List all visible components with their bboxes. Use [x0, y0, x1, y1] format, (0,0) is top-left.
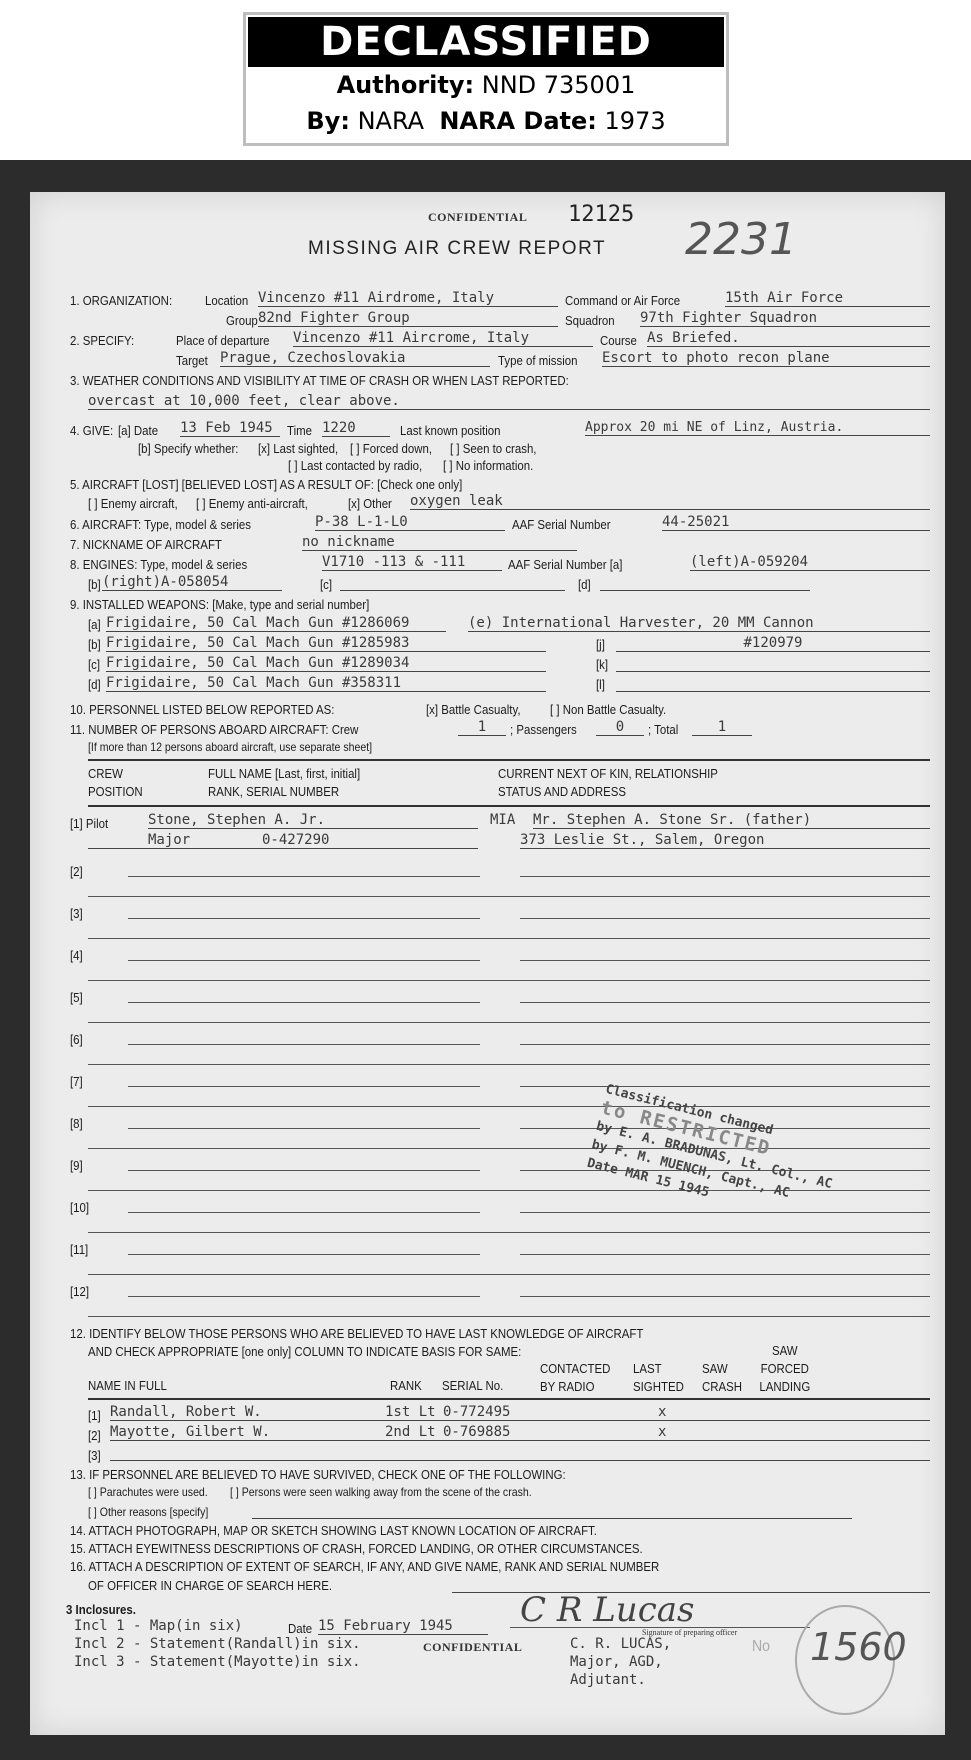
section-6-label: 6. AIRCRAFT: Type, model & series — [70, 517, 251, 532]
divider — [88, 759, 930, 761]
crew-kin-field[interactable]: Mr. Stephen A. Stone Sr. (father) — [533, 812, 930, 829]
date-label: Date — [288, 1621, 312, 1636]
section-2-label: 2. SPECIFY: — [70, 333, 134, 348]
witness-name-field[interactable]: Randall, Robert W. — [110, 1404, 930, 1421]
col-serial: SERIAL No. — [442, 1378, 503, 1393]
crew-row: [4] — [70, 940, 930, 982]
weapon-d-field[interactable]: Frigidaire, 50 Cal Mach Gun #358311 — [106, 675, 546, 692]
handwritten-number: 2231 — [685, 214, 797, 265]
target-label: Target — [176, 353, 208, 368]
specify-label: [b] Specify whether: — [138, 441, 238, 456]
weapon-c-field[interactable]: Frigidaire, 50 Cal Mach Gun #1289034 — [106, 655, 546, 672]
position-field[interactable]: Approx 20 mi NE of Linz, Austria. — [585, 420, 930, 436]
col-saw-crash: SAW CRASH — [702, 1360, 746, 1396]
mission-label: Type of mission — [498, 353, 577, 368]
passengers-count-field[interactable]: 0 — [596, 719, 644, 736]
engine-serial-d-field[interactable] — [600, 590, 810, 591]
engine-serial-b-field[interactable]: (right)A-058054 — [102, 574, 282, 591]
col-saw-forced-landing: SAW FORCED LANDING — [754, 1342, 816, 1396]
section-10-label: 10. PERSONNEL LISTED BELOW REPORTED AS: — [70, 702, 334, 717]
engine-serial-label: AAF Serial Number [a] — [508, 557, 622, 572]
section-14-label: 14. ATTACH PHOTOGRAPH, MAP OR SKETCH SHO… — [70, 1523, 597, 1538]
other-cause-checkbox[interactable]: [x] Other — [348, 496, 392, 511]
report-number: 12125 — [568, 202, 634, 227]
crew-count-field[interactable]: 1 — [458, 719, 506, 736]
forced-down-checkbox[interactable]: [ ] Forced down, — [350, 441, 432, 456]
circled-number: 1560 — [810, 1625, 907, 1669]
inclosure-item: Incl 1 - Map(in six) — [74, 1618, 243, 1634]
col-next-of-kin: CURRENT NEXT OF KIN, RELATIONSHIP — [498, 766, 718, 781]
crew-empty-rows: [2] [3] [4] [5] [6] [7] [8] [9] [10] [11… — [70, 856, 930, 1318]
crew-serial-field[interactable]: 0-427290 — [262, 832, 329, 848]
last-sighted-mark[interactable]: x — [658, 1424, 666, 1440]
section-3-label: 3. WEATHER CONDITIONS AND VISIBILITY AT … — [70, 373, 569, 388]
classification-header: CONFIDENTIAL — [428, 210, 527, 225]
divider — [88, 1398, 930, 1400]
last-sighted-mark[interactable]: x — [658, 1404, 666, 1420]
engine-d-label: [d] — [578, 577, 591, 592]
target-field[interactable]: Prague, Czechoslovakia — [220, 350, 490, 367]
document-page: CONFIDENTIAL 12125 MISSING AIR CREW REPO… — [30, 192, 945, 1735]
group-field[interactable]: 82nd Fighter Group — [258, 310, 558, 327]
section-5-label: 5. AIRCRAFT [LOST] [BELIEVED LOST] AS A … — [70, 477, 462, 492]
witness-serial-field[interactable]: 0-772495 — [443, 1404, 510, 1420]
departure-field[interactable]: Vincenzo #11 Aircrome, Italy — [293, 330, 593, 347]
section-11-label: 11. NUMBER OF PERSONS ABOARD AIRCRAFT: C… — [70, 722, 358, 737]
witness-rank-field[interactable]: 2nd Lt — [385, 1424, 436, 1440]
col-last-sighted: LAST SIGHTED — [633, 1360, 686, 1396]
col-crew-position: CREW — [88, 766, 123, 781]
crew-row: [3] — [70, 898, 930, 940]
location-label: Location — [205, 293, 248, 308]
weapon-row-a: [a] Frigidaire, 50 Cal Mach Gun #1286069… — [88, 615, 938, 635]
col-rank: RANK — [390, 1378, 422, 1393]
squadron-label: Squadron — [565, 313, 615, 328]
inclosure-item: Incl 3 - Statement(Mayotte)in six. — [74, 1654, 361, 1670]
section-13-label: 13. IF PERSONNEL ARE BELIEVED TO HAVE SU… — [70, 1467, 566, 1482]
crew-name-field[interactable]: Stone, Stephen A. Jr. — [148, 812, 478, 829]
crew-row: [12] — [70, 1276, 930, 1318]
crew-row: [2] — [70, 856, 930, 898]
col-contacted-by-radio: CONTACTED BY RADIO — [540, 1360, 610, 1396]
time-field[interactable]: 1220 — [322, 420, 390, 437]
witness-name-field[interactable]: Mayotte, Gilbert W. — [110, 1424, 930, 1441]
col-full-name: FULL NAME [Last, first, initial] — [208, 766, 360, 781]
enemy-aircraft-checkbox[interactable]: [ ] Enemy aircraft, — [88, 496, 178, 511]
separate-sheet-note: [If more than 12 persons aboard aircraft… — [88, 740, 372, 754]
no-information-checkbox[interactable]: [ ] No information. — [443, 458, 533, 473]
mission-field[interactable]: Escort to photo recon plane — [602, 350, 930, 367]
other-reasons-checkbox[interactable]: [ ] Other reasons [specify] — [88, 1505, 208, 1519]
position-label: Last known position — [400, 423, 500, 438]
witness-serial-field[interactable]: 0-769885 — [443, 1424, 510, 1440]
section-4-label: 4. GIVE: — [70, 423, 113, 438]
weapon-row-d: [d] Frigidaire, 50 Cal Mach Gun #358311 … — [88, 675, 938, 695]
crew-status-field[interactable]: MIA — [490, 812, 515, 828]
page-title: MISSING AIR CREW REPORT — [308, 238, 606, 260]
weapon-l-field[interactable] — [616, 691, 930, 692]
signer-name: C. R. LUCAS, — [570, 1636, 671, 1652]
signer-title: Adjutant. — [570, 1672, 646, 1688]
date-field[interactable]: 13 Feb 1945 — [180, 420, 280, 437]
other-cause-field[interactable]: oxygen leak — [410, 493, 930, 510]
weapons-list: [a] Frigidaire, 50 Cal Mach Gun #1286069… — [88, 615, 938, 695]
section-15-label: 15. ATTACH EYEWITNESS DESCRIPTIONS OF CR… — [70, 1541, 643, 1556]
engine-serial-a-field[interactable]: (left)A-059204 — [690, 554, 930, 571]
signer-rank: Major, AGD, — [570, 1654, 663, 1670]
location-field[interactable]: Vincenzo #11 Airdrome, Italy — [258, 290, 558, 307]
declassified-banner: DECLASSIFIED Authority: NND 735001 By: N… — [243, 12, 729, 146]
by-line: By: NARA NARA Date: 1973 — [246, 103, 726, 139]
section-7-label: 7. NICKNAME OF AIRCRAFT — [70, 537, 222, 552]
crew-row: [6] — [70, 1024, 930, 1066]
classification-footer: CONFIDENTIAL — [423, 1640, 522, 1655]
crew-row-number: [1] Pilot — [70, 816, 108, 831]
other-reasons-field[interactable] — [252, 1518, 852, 1519]
weapon-a-field[interactable]: Frigidaire, 50 Cal Mach Gun #1286069 — [106, 615, 446, 632]
last-sighted-checkbox[interactable]: [x] Last sighted, — [258, 441, 338, 456]
date-label: [a] Date — [118, 423, 158, 438]
weapon-row-b: [b] Frigidaire, 50 Cal Mach Gun #1285983… — [88, 635, 938, 655]
radio-contact-checkbox[interactable]: [ ] Last contacted by radio, — [288, 458, 422, 473]
report-date-field[interactable]: 15 February 1945 — [318, 1618, 488, 1635]
weapon-e-field[interactable]: (e) International Harvester, 20 MM Canno… — [468, 615, 930, 632]
course-label: Course — [600, 333, 637, 348]
passengers-label: ; Passengers — [510, 722, 577, 737]
number-label: No — [752, 1638, 770, 1656]
departure-label: Place of departure — [176, 333, 269, 348]
course-field[interactable]: As Briefed. — [647, 330, 930, 347]
command-field[interactable]: 15th Air Force — [725, 290, 930, 307]
squadron-field[interactable]: 97th Fighter Squadron — [640, 310, 930, 327]
nickname-field[interactable]: no nickname — [302, 534, 577, 551]
engine-b-label: [b] — [88, 577, 101, 592]
engine-c-label: [c] — [320, 577, 332, 592]
weapon-row-c: [c] Frigidaire, 50 Cal Mach Gun #1289034… — [88, 655, 938, 675]
authority-line: Authority: NND 735001 — [246, 67, 726, 103]
aircraft-serial-label: AAF Serial Number — [512, 517, 611, 532]
engine-type-field[interactable]: V1710 -113 & -111 — [322, 554, 502, 571]
witness-rank-field[interactable]: 1st Lt — [385, 1404, 436, 1420]
crew-address-field[interactable]: 373 Leslie St., Salem, Oregon — [520, 832, 930, 849]
anti-aircraft-checkbox[interactable]: [ ] Enemy anti-aircraft, — [196, 496, 308, 511]
weather-field[interactable]: overcast at 10,000 feet, clear above. — [88, 393, 930, 410]
section-16-label: 16. ATTACH A DESCRIPTION OF EXTENT OF SE… — [70, 1559, 659, 1574]
divider — [88, 805, 930, 807]
inclosure-item: Incl 2 - Statement(Randall)in six. — [74, 1636, 361, 1652]
total-label: ; Total — [648, 722, 678, 737]
crew-row: [11] — [70, 1234, 930, 1276]
engine-serial-c-field[interactable] — [340, 590, 565, 591]
group-label: Group — [226, 313, 258, 328]
aircraft-type-field[interactable]: P-38 L-1-L0 — [315, 514, 505, 531]
declassified-title: DECLASSIFIED — [248, 17, 724, 67]
weapon-b-field[interactable]: Frigidaire, 50 Cal Mach Gun #1285983 — [106, 635, 546, 652]
crew-row: [7] — [70, 1066, 930, 1108]
non-battle-casualty-checkbox[interactable]: [ ] Non Battle Casualty. — [550, 702, 666, 717]
witness-name-field[interactable] — [110, 1460, 930, 1461]
section-1-label: 1. ORGANIZATION: — [70, 293, 172, 308]
command-label: Command or Air Force — [565, 293, 680, 308]
time-label: Time — [287, 423, 312, 438]
total-count-field[interactable]: 1 — [692, 719, 752, 736]
col-name-in-full: NAME IN FULL — [88, 1378, 167, 1393]
weapon-k-field[interactable] — [616, 671, 930, 672]
battle-casualty-checkbox[interactable]: [x] Battle Casualty, — [426, 702, 521, 717]
seen-to-crash-checkbox[interactable]: [ ] Seen to crash, — [450, 441, 536, 456]
crew-row: [5] — [70, 982, 930, 1024]
inclosures-label: 3 Inclosures. — [66, 1602, 136, 1617]
section-9-label: 9. INSTALLED WEAPONS: [Make, type and se… — [70, 597, 369, 612]
section-8-label: 8. ENGINES: Type, model & series — [70, 557, 247, 572]
parachutes-checkbox[interactable]: [ ] Parachutes were used. — [88, 1485, 208, 1499]
walking-away-checkbox[interactable]: [ ] Persons were seen walking away from … — [230, 1485, 532, 1499]
section-12-label: 12. IDENTIFY BELOW THOSE PERSONS WHO ARE… — [70, 1326, 643, 1341]
aircraft-serial-field[interactable]: 44-25021 — [662, 514, 930, 531]
signature: C R Lucas — [520, 1590, 694, 1630]
weapon-j-field[interactable]: #120979 — [616, 635, 930, 652]
